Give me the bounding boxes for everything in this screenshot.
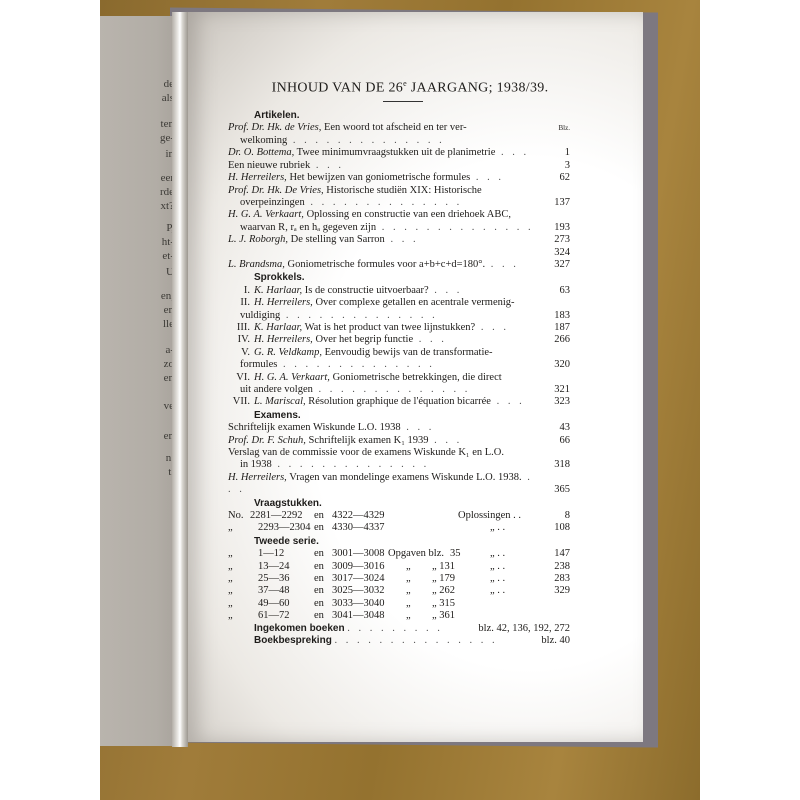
entry-title: Eenvoudig bewijs van de transformatie-	[322, 347, 493, 358]
entry-line: Prof. Dr. Hk. De Vries, Historische stud…	[228, 185, 482, 196]
entry-page-number: 183	[542, 310, 570, 322]
toc-entry: Prof. Dr. Hk. de Vries, Een woord tot af…	[228, 122, 570, 147]
entry-page-number: 327	[542, 259, 570, 271]
section-heading-vraagstukken: Vraagstukken.	[254, 498, 570, 510]
entry-continuation: vuldiging . . . . . . . . . . . . . .	[228, 310, 540, 322]
entry-line: L. Brandsma, Goniometrische formules voo…	[228, 259, 485, 270]
entry-line: H. Herreilers, Het bewijzen van goniomet…	[228, 172, 470, 183]
conjunction: en	[314, 598, 324, 610]
leader-dots: . . .	[429, 435, 463, 446]
toc-entry: VII.L. Mariscal, Résolution graphique de…	[228, 396, 570, 408]
examens-list: Schriftelijk examen Wiskunde L.O. 1938 .…	[228, 422, 570, 496]
problem-range: 25—36	[258, 573, 290, 585]
entry-continuation: in 1938 . . . . . . . . . . . . . .	[228, 459, 540, 471]
entry-number: IV.	[228, 334, 250, 346]
entry-author: H. Herreilers,	[254, 334, 313, 345]
leader-dots: . . .	[385, 234, 419, 245]
vraagstukken-list: No.2281—2292en4322—4329Oplossingen . .8„…	[228, 510, 570, 535]
problem-range-2: 3041—3048	[332, 610, 385, 622]
row-prefix: „	[228, 522, 233, 534]
boekbespreking-entry: Boekbespreking . . . . . . . . . . . . .…	[228, 635, 570, 647]
toc-entry: III.K. Harlaar, Wat is het product van t…	[228, 322, 570, 334]
entry-line: VI.H. G. A. Verkaart, Goniometrische bet…	[228, 372, 502, 383]
entry-line: Prof. Dr. F. Schuh, Schriftelijk examen …	[228, 435, 429, 446]
entry-line: III.K. Harlaar, Wat is het product van t…	[228, 322, 475, 333]
row-prefix: „	[228, 573, 233, 585]
entry-author: Prof. Dr. F. Schuh,	[228, 435, 306, 446]
row-prefix: „	[228, 585, 233, 597]
leader-dots: . . . . . . . . . . . . . .	[376, 222, 534, 233]
conjunction: en	[314, 548, 324, 560]
book-spine-gutter	[172, 12, 188, 747]
section-heading-artikelen: Artikelen.	[254, 110, 570, 122]
entry-title: Is de constructie uitvoerbaar?	[302, 285, 429, 296]
entry-author: H. G. A. Verkaart,	[228, 209, 304, 220]
toc-entry: V.G. R. Veldkamp, Eenvoudig bewijs van d…	[228, 347, 570, 372]
row-prefix: No.	[228, 510, 243, 522]
entry-title: Over complexe getallen en acentrale verm…	[313, 297, 515, 308]
title-divider	[383, 101, 423, 102]
entry-page-number: 66	[542, 435, 570, 447]
conjunction: en	[314, 510, 324, 522]
left-page: dealstenge-ineerrdext?P,ht-et-Uen,enllea…	[100, 16, 180, 746]
entry-line: Een nieuwe rubriek	[228, 160, 310, 171]
toc-entry: L. Brandsma, Goniometrische formules voo…	[228, 259, 570, 271]
problem-range: 2293—2304	[258, 522, 311, 534]
conjunction: en	[314, 522, 324, 534]
leader-dots: . . .	[495, 147, 529, 158]
oplossingen-page: 108	[554, 522, 570, 534]
toc-entry: I.K. Harlaar, Is de constructie uitvoerb…	[228, 285, 570, 297]
problem-range: 1—12	[258, 548, 284, 560]
problem-range-2: 4322—4329	[332, 510, 385, 522]
oplossingen-label: „ . .	[490, 522, 505, 534]
opgaven-page: „ 179	[432, 573, 455, 585]
leader-dots: . . . . . . . . . . . . . .	[280, 310, 438, 321]
entry-page-number: 1	[542, 147, 570, 159]
section-heading-examens: Examens.	[254, 410, 570, 422]
opgaven-label: „	[406, 598, 411, 610]
section-heading-sprokkels: Sprokkels.	[254, 272, 570, 284]
entry-title: Schriftelijk examen Wiskunde L.O. 1938	[228, 422, 401, 433]
entry-title: Oplossing en constructie van een driehoe…	[304, 209, 511, 220]
leader-dots: . . . . . . . . . . . . . .	[305, 197, 463, 208]
entry-author: G. R. Veldkamp,	[254, 347, 322, 358]
entry-page-number: 63	[542, 285, 570, 297]
entry-line: II.H. Herreilers, Over complexe getallen…	[228, 297, 515, 308]
leader-dots: . . . . . . . . . . . . . .	[313, 384, 471, 395]
entry-number: VI.	[228, 372, 250, 384]
oplossingen-label: „ . .	[490, 548, 505, 560]
entry-number: II.	[228, 297, 250, 309]
artikelen-list: Blz. Prof. Dr. Hk. de Vries, Een woord t…	[228, 122, 570, 271]
entry-title: Schriftelijk examen K₁ 1939	[306, 435, 429, 446]
entry-author: H. G. A. Verkaart,	[254, 372, 330, 383]
opgaven-label: „	[406, 573, 411, 585]
entry-continuation: waarvan R, rₐ en hₐ gegeven zijn . . . .…	[228, 222, 540, 234]
problem-range-2: 4330—4337	[332, 522, 385, 534]
entry-page-number: 43	[542, 422, 570, 434]
entry-author: L. Mariscal,	[254, 396, 306, 407]
toc-entry: Een nieuwe rubriek . . .3	[228, 160, 570, 172]
vraagstukken-row: „49—60en3033—3040„„ 315	[228, 598, 570, 610]
problem-range-2: 3033—3040	[332, 598, 385, 610]
problem-range: 61—72	[258, 610, 290, 622]
entry-line: Verslag van de commissie voor de examens…	[228, 447, 504, 458]
opgaven-page: „ 315	[432, 598, 455, 610]
entry-author: L. Brandsma,	[228, 259, 285, 270]
entry-line: I.K. Harlaar, Is de constructie uitvoerb…	[228, 285, 429, 296]
entry-line: Dr. O. Bottema, Twee minimumvraagstukken…	[228, 147, 495, 158]
oplossingen-page: 283	[554, 573, 570, 585]
entry-title: Het bewijzen van goniometrische formules	[287, 172, 470, 183]
oplossingen-page: 147	[554, 548, 570, 560]
conjunction: en	[314, 561, 324, 573]
leader-dots: . . . . . . . . . . . . . .	[277, 359, 435, 370]
ingekomen-boeken-entry: Ingekomen boeken . . . . . . . . . blz. …	[228, 623, 570, 635]
opgaven-page: „ 131	[432, 561, 455, 573]
entry-page-number: 3	[542, 160, 570, 172]
entry-continuation: welkoming . . . . . . . . . . . . . .	[228, 135, 540, 147]
entry-number: III.	[228, 322, 250, 334]
entry-line: L. J. Roborgh, De stelling van Sarron	[228, 234, 385, 245]
entry-page-number: 62	[542, 172, 570, 184]
opgaven-page: „ 262	[432, 585, 455, 597]
entry-line: Schriftelijk examen Wiskunde L.O. 1938	[228, 422, 401, 433]
entry-author: H. Herreilers,	[228, 172, 287, 183]
entry-author: H. Herreilers,	[254, 297, 313, 308]
entry-page-number: 365	[542, 484, 570, 496]
oplossingen-label: „ . .	[490, 561, 505, 573]
oplossingen-page: 8	[565, 510, 570, 522]
leader-dots: . . .	[401, 422, 435, 433]
entry-page-number: 137	[542, 197, 570, 209]
entry-author: Prof. Dr. Hk. De Vries,	[228, 185, 324, 196]
entry-page-number: 193	[542, 222, 570, 234]
entry-author: Prof. Dr. Hk. de Vries,	[228, 122, 321, 133]
vraagstukken-row: „25—36en3017—3024„„ 179„ . .283	[228, 573, 570, 585]
entry-page-number: 321	[542, 384, 570, 396]
table-of-contents: INHOUD VAN DE 26e JAARGANG; 1938/39. Art…	[228, 78, 570, 647]
entry-line: IV.H. Herreilers, Over het begrip functi…	[228, 334, 413, 345]
problem-range-2: 3025—3032	[332, 585, 385, 597]
leader-dots: . . .	[475, 322, 509, 333]
toc-entry: 324	[228, 247, 570, 259]
leader-dots: . . .	[485, 259, 519, 270]
row-prefix: „	[228, 610, 233, 622]
vraagstukken-row: „13—24en3009—3016„„ 131„ . .238	[228, 561, 570, 573]
entry-author: K. Harlaar,	[254, 322, 302, 333]
entry-page-number: 323	[542, 396, 570, 408]
vraagstukken-row: „2293—2304en4330—4337„ . .108	[228, 522, 570, 534]
page-title: INHOUD VAN DE 26e JAARGANG; 1938/39.	[250, 78, 570, 95]
entry-title: Vragen van mondelinge examens Wiskunde L…	[287, 472, 522, 483]
opgaven-page: „ 361	[432, 610, 455, 622]
opgaven-page: 35	[450, 548, 461, 560]
vraagstukken-row: „37—48en3025—3032„„ 262„ . .329	[228, 585, 570, 597]
conjunction: en	[314, 573, 324, 585]
conjunction: en	[314, 585, 324, 597]
oplossingen-label: Oplossingen . .	[458, 510, 521, 522]
problem-range-2: 3009—3016	[332, 561, 385, 573]
leader-dots: . . .	[413, 334, 447, 345]
tweede-serie-list: „1—12en3001—3008Opgaven blz.35„ . .147„1…	[228, 548, 570, 622]
entry-page-number: 273	[542, 234, 570, 246]
leader-dots: . . .	[491, 396, 525, 407]
toc-entry: Prof. Dr. F. Schuh, Schriftelijk examen …	[228, 435, 570, 447]
leader-dots: . . . . . . . . .	[347, 623, 443, 634]
sprokkels-list: I.K. Harlaar, Is de constructie uitvoerb…	[228, 285, 570, 409]
entry-title: De stelling van Sarron	[288, 234, 385, 245]
entry-title: Wat is het product van twee lijnstukken?	[302, 322, 475, 333]
entry-line: VII.L. Mariscal, Résolution graphique de…	[228, 396, 491, 407]
toc-entry: H. Herreilers, Het bewijzen van goniomet…	[228, 172, 570, 184]
entry-line: Prof. Dr. Hk. de Vries, Een woord tot af…	[228, 122, 467, 133]
section-heading-tweede-serie: Tweede serie.	[254, 536, 570, 548]
entry-continuation: uit andere volgen . . . . . . . . . . . …	[228, 384, 540, 396]
entry-page-number: 320	[542, 359, 570, 371]
entry-line: V.G. R. Veldkamp, Eenvoudig bewijs van d…	[228, 347, 493, 358]
toc-entry: II.H. Herreilers, Over complexe getallen…	[228, 297, 570, 322]
entry-page-number: 266	[542, 334, 570, 346]
entry-number: I.	[228, 285, 250, 297]
entry-author: H. Herreilers,	[228, 472, 287, 483]
row-prefix: „	[228, 548, 233, 560]
entry-number: VII.	[228, 396, 250, 408]
entry-continuation: formules . . . . . . . . . . . . . .	[228, 359, 540, 371]
opgaven-label: „	[406, 610, 411, 622]
entry-line: H. G. A. Verkaart, Oplossing en construc…	[228, 209, 511, 220]
leader-dots: . . .	[310, 160, 344, 171]
entry-title: Goniometrische betrekkingen, die direct	[330, 372, 502, 383]
toc-entry: L. J. Roborgh, De stelling van Sarron . …	[228, 234, 570, 246]
opgaven-label: „	[406, 561, 411, 573]
vraagstukken-row: „1—12en3001—3008Opgaven blz.35„ . .147	[228, 548, 570, 560]
leader-dots: . . .	[470, 172, 504, 183]
entry-title: Een nieuwe rubriek	[228, 160, 310, 171]
entry-title: Een woord tot afscheid en ter ver-	[321, 122, 466, 133]
entry-title: Résolution graphique de l'équation bicar…	[306, 396, 491, 407]
toc-entry: Schriftelijk examen Wiskunde L.O. 1938 .…	[228, 422, 570, 434]
leader-dots: . . .	[429, 285, 463, 296]
entry-title: Historische studiën XIX: Historische	[324, 185, 482, 196]
leader-dots: . . . . . . . . . . . . . .	[272, 459, 430, 470]
toc-entry: H. Herreilers, Vragen van mondelinge exa…	[228, 472, 570, 497]
toc-entry: Prof. Dr. Hk. De Vries, Historische stud…	[228, 185, 570, 210]
toc-entry: H. G. A. Verkaart, Oplossing en construc…	[228, 209, 570, 234]
leader-dots: . . . . . . . . . . . . . .	[287, 135, 445, 146]
problem-range: 37—48	[258, 585, 290, 597]
vraagstukken-row: „61—72en3041—3048„„ 361	[228, 610, 570, 622]
entry-author: K. Harlaar,	[254, 285, 302, 296]
oplossingen-page: 329	[554, 585, 570, 597]
entry-number: V.	[228, 347, 250, 359]
entry-title: Goniometrische formules voor a+b+c+d=180…	[285, 259, 485, 270]
toc-entry: IV.H. Herreilers, Over het begrip functi…	[228, 334, 570, 346]
problem-range-2: 3017—3024	[332, 573, 385, 585]
entry-author: Dr. O. Bottema,	[228, 147, 294, 158]
conjunction: en	[314, 610, 324, 622]
oplossingen-page: 238	[554, 561, 570, 573]
problem-range: 49—60	[258, 598, 290, 610]
entry-page-number: 324	[542, 247, 570, 259]
entry-title: Over het begrip functie	[313, 334, 413, 345]
oplossingen-label: „ . .	[490, 573, 505, 585]
entry-page-number: 318	[542, 459, 570, 471]
problem-range-2: 3001—3008	[332, 548, 385, 560]
entry-continuation: overpeinzingen . . . . . . . . . . . . .…	[228, 197, 540, 209]
entry-title: Verslag van de commissie voor de examens…	[228, 447, 504, 458]
problem-range: 13—24	[258, 561, 290, 573]
leader-dots: . . . . . . . . . . . . . . .	[334, 635, 497, 646]
toc-entry: Dr. O. Bottema, Twee minimumvraagstukken…	[228, 147, 570, 159]
entry-author: L. J. Roborgh,	[228, 234, 288, 245]
opgaven-label: Opgaven blz.	[388, 548, 444, 560]
row-prefix: „	[228, 561, 233, 573]
problem-range: 2281—2292	[250, 510, 303, 522]
toc-entry: Verslag van de commissie voor de examens…	[228, 447, 570, 472]
toc-entry: VI.H. G. A. Verkaart, Goniometrische bet…	[228, 372, 570, 397]
entry-title: Twee minimumvraagstukken uit de planimet…	[294, 147, 495, 158]
entry-line: H. Herreilers, Vragen van mondelinge exa…	[228, 472, 522, 483]
vraagstukken-row: No.2281—2292en4322—4329Oplossingen . .8	[228, 510, 570, 522]
entry-page-number: 187	[542, 322, 570, 334]
row-prefix: „	[228, 598, 233, 610]
opgaven-label: „	[406, 585, 411, 597]
oplossingen-label: „ . .	[490, 585, 505, 597]
